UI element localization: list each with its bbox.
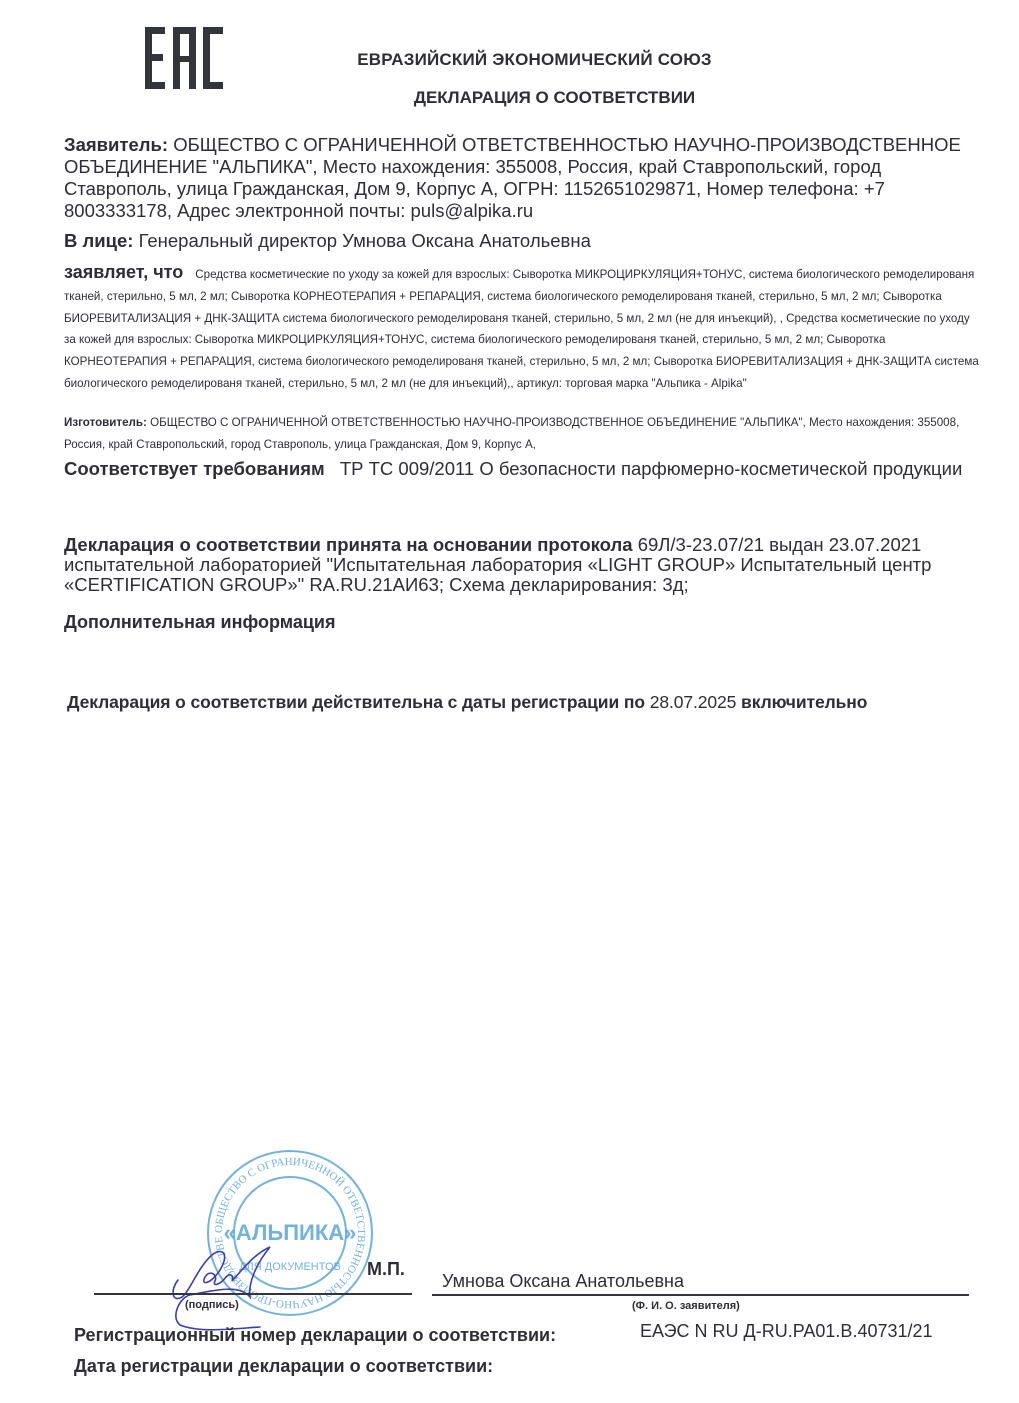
signature-mark (160, 1225, 280, 1335)
signature-line (94, 1293, 412, 1295)
registration-number-label: Регистрационный номер декларации о соотв… (74, 1325, 556, 1346)
applicant-name: Умнова Оксана Анатольевна (442, 1271, 684, 1292)
registration-number-value: ЕАЭС N RU Д-RU.PA01.B.40731/21 (640, 1321, 933, 1342)
declares-text: Средства косметические по уходу за кожей… (64, 268, 979, 390)
validity-date: 28.07.2025 (650, 692, 737, 712)
applicant-label: Заявитель: (64, 134, 168, 155)
validity-label: Декларация о соответствии действительна … (67, 692, 645, 712)
name-caption: (Ф. И. О. заявителя) (632, 1300, 740, 1312)
declares-label: заявляет, что (64, 262, 183, 282)
compliance-label: Соответствует требованиям (64, 458, 325, 479)
signature-caption: (подпись) (185, 1299, 239, 1311)
representative-text: Генеральный директор Умнова Оксана Анато… (139, 230, 591, 251)
representative-section: В лице: Генеральный директор Умнова Окса… (64, 230, 591, 252)
registration-date-label: Дата регистрации декларации о соответств… (74, 1356, 493, 1377)
applicant-text: ОБЩЕСТВО С ОГРАНИЧЕННОЙ ОТВЕТСТВЕННОСТЬЮ… (64, 134, 961, 221)
manufacturer-section: Изготовитель: ОБЩЕСТВО С ОГРАНИЧЕННОЙ ОТ… (64, 412, 964, 456)
compliance-section: Соответствует требованиям ТР ТС 009/2011… (64, 458, 964, 480)
union-title: ЕВРАЗИЙСКИЙ ЭКОНОМИЧЕСКИЙ СОЮЗ (0, 50, 1019, 70)
document-title: ДЕКЛАРАЦИЯ О СООТВЕТСТВИИ (0, 88, 1019, 108)
manufacturer-text: ОБЩЕСТВО С ОГРАНИЧЕННОЙ ОТВЕТСТВЕННОСТЬЮ… (64, 416, 959, 451)
validity-suffix: включительно (741, 692, 867, 712)
representative-label: В лице: (64, 230, 133, 251)
seal-mark: М.П. (367, 1259, 405, 1280)
basis-section: Декларация о соответствии принята на осн… (64, 535, 964, 595)
applicant-section: Заявитель: ОБЩЕСТВО С ОГРАНИЧЕННОЙ ОТВЕТ… (64, 134, 984, 222)
declares-section: заявляет, чтоСредства косметические по у… (64, 262, 984, 395)
name-line (432, 1294, 969, 1296)
validity-statement: Декларация о соответствии действительна … (67, 692, 867, 713)
basis-label: Декларация о соответствии принята на осн… (64, 534, 633, 555)
manufacturer-label: Изготовитель: (64, 416, 147, 429)
compliance-text: ТР ТС 009/2011 О безопасности парфюмерно… (340, 458, 962, 479)
additional-info-heading: Дополнительная информация (64, 612, 335, 633)
